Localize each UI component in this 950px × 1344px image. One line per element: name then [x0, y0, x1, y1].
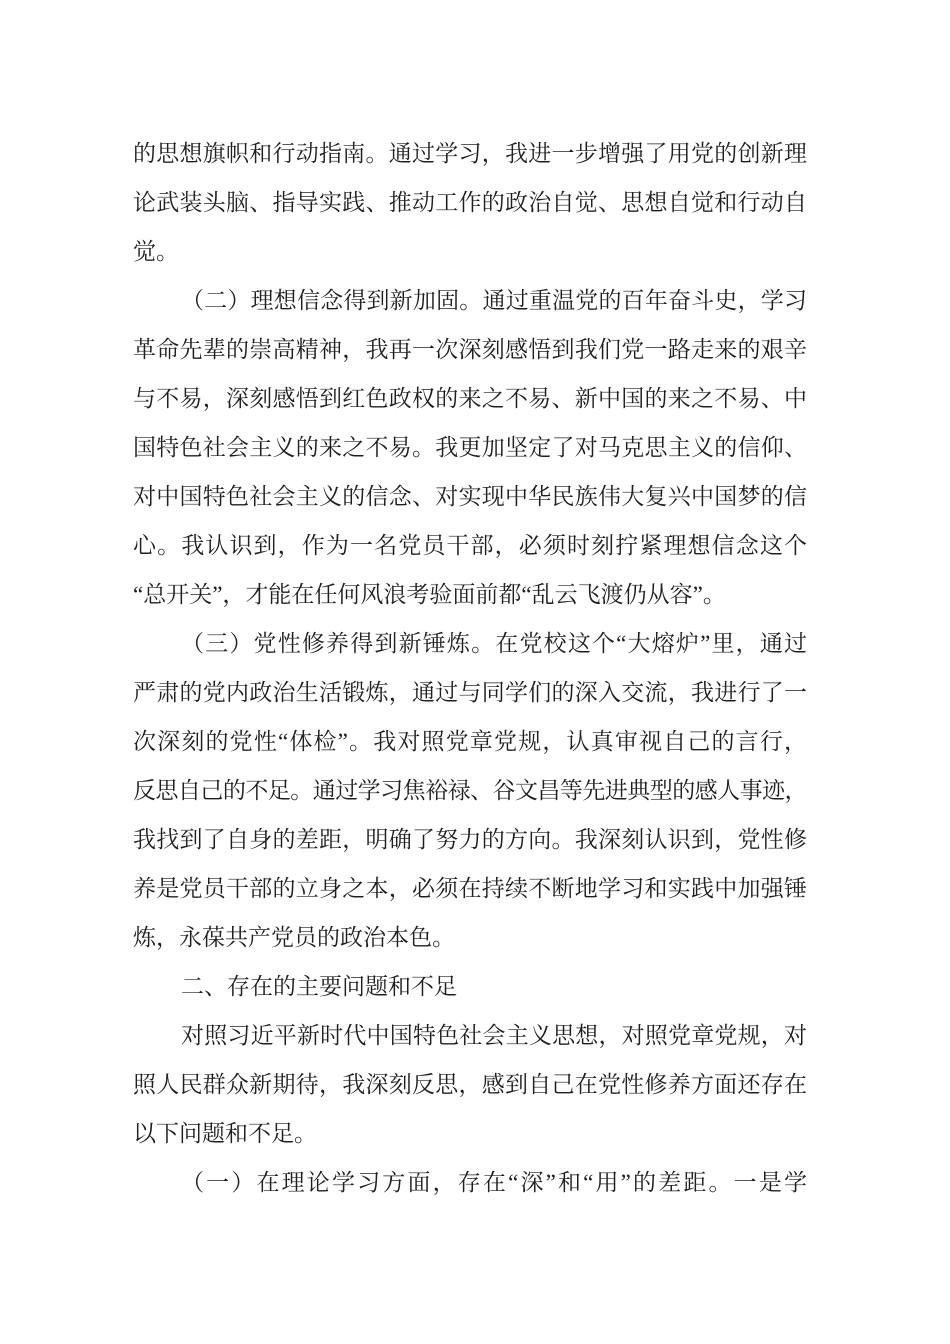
- text-line: 反思自己的不足。通过学习焦裕禄、谷文昌等先进典型的感人事迹，: [133, 766, 807, 815]
- text-line: 对照习近平新时代中国特色社会主义思想，对照党章党规，对: [133, 1011, 807, 1060]
- paragraph: 对照习近平新时代中国特色社会主义思想，对照党章党规，对照人民群众新期待，我深刻反…: [133, 1011, 807, 1158]
- text-line: 炼，永葆共产党员的政治本色。: [133, 913, 807, 962]
- text-line: 养是党员干部的立身之本，必须在持续不断地学习和实践中加强锤: [133, 864, 807, 913]
- text-line: 心。我认识到，作为一名党员干部，必须时刻拧紧理想信念这个: [133, 521, 807, 570]
- text-line: 以下问题和不足。: [133, 1109, 807, 1158]
- text-line: （一）在理论学习方面，存在“深”和“用”的差距。一是学: [133, 1158, 807, 1207]
- text-line: 与不易，深刻感悟到红色政权的来之不易、新中国的来之不易、中: [133, 374, 807, 423]
- document-page: 的思想旗帜和行动指南。通过学习，我进一步增强了用党的创新理论武装头脑、指导实践、…: [0, 0, 950, 1344]
- text-line: 严肃的党内政治生活锻炼，通过与同学们的深入交流，我进行了一: [133, 668, 807, 717]
- paragraph: 的思想旗帜和行动指南。通过学习，我进一步增强了用党的创新理论武装头脑、指导实践、…: [133, 129, 807, 276]
- paragraph: （三）党性修养得到新锤炼。在党校这个“大熔炉”里，通过严肃的党内政治生活锻炼，通…: [133, 619, 807, 962]
- text-line: 革命先辈的崇高精神，我再一次深刻感悟到我们党一路走来的艰辛: [133, 325, 807, 374]
- text-line: （三）党性修养得到新锤炼。在党校这个“大熔炉”里，通过: [133, 619, 807, 668]
- text-line: 次深刻的党性“体检”。我对照党章党规，认真审视自己的言行，: [133, 717, 807, 766]
- text-line: 的思想旗帜和行动指南。通过学习，我进一步增强了用党的创新理: [133, 129, 807, 178]
- text-line: 国特色社会主义的来之不易。我更加坚定了对马克思主义的信仰、: [133, 423, 807, 472]
- text-line: 二、存在的主要问题和不足: [133, 962, 807, 1011]
- document-body: 的思想旗帜和行动指南。通过学习，我进一步增强了用党的创新理论武装头脑、指导实践、…: [133, 129, 807, 1207]
- text-line: 论武装头脑、指导实践、推动工作的政治自觉、思想自觉和行动自: [133, 178, 807, 227]
- text-line: （二）理想信念得到新加固。通过重温党的百年奋斗史，学习: [133, 276, 807, 325]
- text-line: “总开关”，才能在任何风浪考验面前都“乱云飞渡仍从容”。: [133, 570, 807, 619]
- text-line: 觉。: [133, 227, 807, 276]
- paragraph: （一）在理论学习方面，存在“深”和“用”的差距。一是学: [133, 1158, 807, 1207]
- paragraph: （二）理想信念得到新加固。通过重温党的百年奋斗史，学习革命先辈的崇高精神，我再一…: [133, 276, 807, 619]
- text-line: 照人民群众新期待，我深刻反思，感到自己在党性修养方面还存在: [133, 1060, 807, 1109]
- text-line: 我找到了自身的差距，明确了努力的方向。我深刻认识到，党性修: [133, 815, 807, 864]
- text-line: 对中国特色社会主义的信念、对实现中华民族伟大复兴中国梦的信: [133, 472, 807, 521]
- section-heading: 二、存在的主要问题和不足: [133, 962, 807, 1011]
